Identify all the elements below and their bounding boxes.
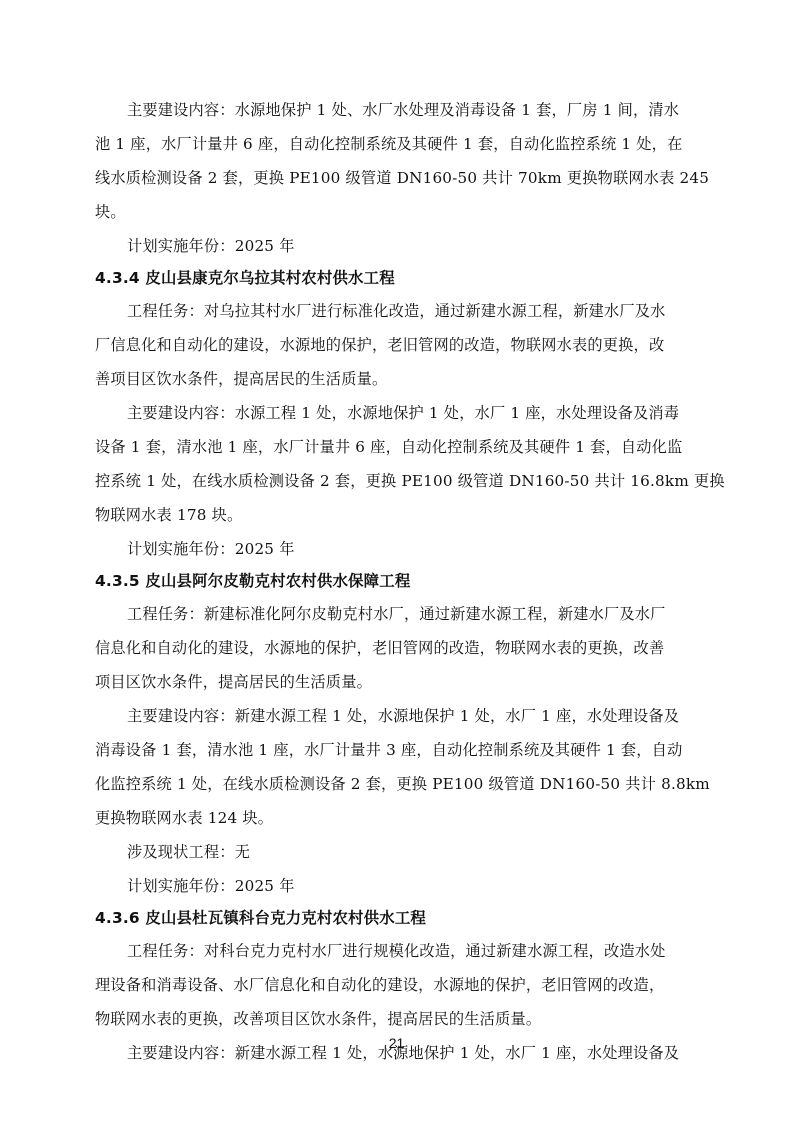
paragraph-line: 理设备和消毒设备、水厂信息化和自动化的建设，水源地的保护，老旧管网的改造， [95, 975, 664, 995]
paragraph-line: 消毒设备 1 套，清水池 1 座，水厂计量井 3 座，自动化控制系统及其硬件 1… [95, 740, 682, 760]
paragraph-line: 工程任务：新建标准化阿尔皮勒克村水厂，通过新建水源工程，新建水厂及水厂 [127, 604, 666, 624]
paragraph-line: 更换物联网水表 124 块。 [95, 808, 273, 828]
paragraph-line: 善项目区饮水条件，提高居民的生活质量。 [95, 369, 387, 389]
paragraph-line: 计划实施年份：2025 年 [127, 876, 295, 896]
paragraph-line: 厂信息化和自动化的建设，水源地的保护，老旧管网的改造，物联网水表的更换，改 [95, 335, 664, 355]
paragraph-line: 池 1 座，水厂计量井 6 座，自动化控制系统及其硬件 1 套，自动化监控系统 … [95, 134, 682, 154]
paragraph-line: 主要建设内容：新建水源工程 1 处，水源地保护 1 处，水厂 1 座，水处理设备… [127, 706, 679, 726]
paragraph-line: 工程任务：对乌拉其村水厂进行标准化改造，通过新建水源工程，新建水厂及水 [127, 301, 666, 321]
paragraph-line: 控系统 1 处，在线水质检测设备 2 套，更换 PE100 级管道 DN160-… [95, 471, 725, 491]
section-heading-4-3-6: 4.3.6 皮山县杜瓦镇科台克力克村农村供水工程 [95, 908, 426, 928]
paragraph-line: 项目区饮水条件，提高居民的生活质量。 [95, 672, 372, 692]
paragraph-line: 工程任务：对科台克力克村水厂进行规模化改造，通过新建水源工程，改造水处 [127, 941, 666, 961]
paragraph-line: 主要建设内容：水源地保护 1 处、水厂水处理及消毒设备 1 套，厂房 1 间，清… [127, 100, 679, 120]
paragraph-line: 主要建设内容：水源工程 1 处，水源地保护 1 处，水厂 1 座，水处理设备及消… [127, 403, 679, 423]
section-heading-4-3-4: 4.3.4 皮山县康克尔乌拉其村农村供水工程 [95, 268, 395, 288]
paragraph-line: 计划实施年份：2025 年 [127, 539, 295, 559]
paragraph-line: 涉及现状工程：无 [127, 842, 250, 862]
page-number: 21 [0, 1035, 793, 1051]
paragraph-line: 物联网水表的更换，改善项目区饮水条件，提高居民的生活质量。 [95, 1009, 541, 1029]
section-heading-4-3-5: 4.3.5 皮山县阿尔皮勒克村农村供水保障工程 [95, 571, 410, 591]
paragraph-line: 设备 1 套，清水池 1 座，水厂计量井 6 座，自动化控制系统及其硬件 1 套… [95, 437, 682, 457]
paragraph-line: 物联网水表 178 块。 [95, 505, 242, 525]
paragraph-line: 线水质检测设备 2 套，更换 PE100 级管道 DN160-50 共计 70k… [95, 168, 709, 188]
paragraph-line: 计划实施年份：2025 年 [127, 236, 295, 256]
paragraph-line: 块。 [95, 202, 126, 222]
paragraph-line: 信息化和自动化的建设，水源地的保护，老旧管网的改造，物联网水表的更换，改善 [95, 638, 664, 658]
paragraph-line: 化监控系统 1 处，在线水质检测设备 2 套，更换 PE100 级管道 DN16… [95, 774, 710, 794]
